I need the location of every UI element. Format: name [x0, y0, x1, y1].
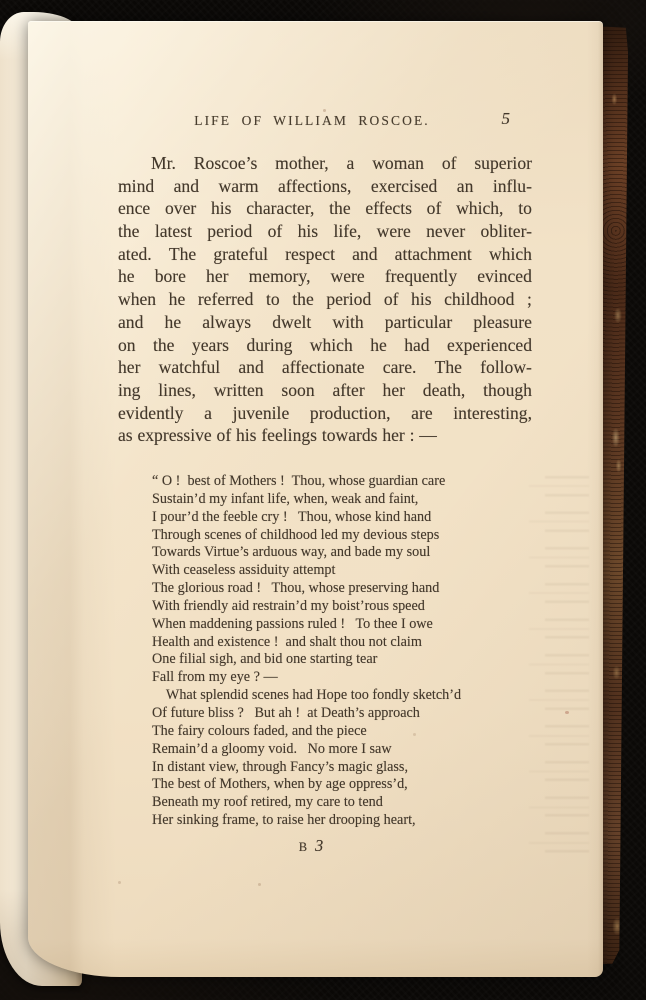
- signature-letter: B: [299, 840, 308, 854]
- edge-text-fragment: e: [0, 598, 9, 617]
- book-page: LIFE OF WILLIAM ROSCOE. 5 Mr.Roscoe’smot…: [28, 21, 603, 977]
- poem-line: With friendly aid restrain’d my boist’ro…: [152, 598, 461, 616]
- paragraph-line: evidentlyajuvenileproduction,areinterest…: [118, 402, 532, 425]
- ghost-showthrough: [525, 476, 589, 866]
- paragraph-line: ontheyearsduringwhichhehadexperienced: [118, 334, 532, 357]
- poem-line: Beneath my roof retired, my care to tend: [152, 794, 461, 812]
- paragraph-line: mindandwarmaffections,exercisedaninflu-: [118, 175, 532, 198]
- poem-line: I pour’d the feeble cry ! Thou, whose ki…: [152, 509, 461, 527]
- poem-line: Of future bliss ? But ah ! at Death’s ap…: [152, 705, 461, 723]
- paragraph-line: Mr.Roscoe’smother,awomanofsuperior: [118, 152, 532, 175]
- poem-line: When maddening passions ruled ! To thee …: [152, 616, 461, 634]
- dust-speck: [413, 733, 416, 736]
- paragraph-line: ated.Thegratefulrespectandattachmentwhic…: [118, 243, 532, 266]
- edge-text-fragment: a: [0, 671, 9, 690]
- dust-speck: [258, 883, 261, 886]
- edge-text-fragment: s: [0, 795, 9, 814]
- poem-line: In distant view, through Fancy’s magic g…: [152, 759, 461, 777]
- signature-number: 3: [315, 836, 323, 855]
- poem-block: “ O ! best of Mothers ! Thou, whose guar…: [152, 473, 461, 830]
- paragraph-line: thelatestperiodofhislife,wereneveroblite…: [118, 220, 532, 243]
- poem-line: “ O ! best of Mothers ! Thou, whose guar…: [152, 473, 461, 491]
- page-number: 5: [502, 109, 511, 129]
- poem-line: The best of Mothers, when by age oppress…: [152, 776, 461, 794]
- edge-text-fragments: elas-ges: [0, 596, 9, 846]
- paragraph-line: inglines,writtensoonafterherdeath,though: [118, 379, 532, 402]
- body-paragraph: Mr.Roscoe’smother,awomanofsuperior minda…: [118, 152, 532, 447]
- edge-text-fragment: g: [0, 757, 9, 776]
- poem-line: One filial sigh, and bid one starting te…: [152, 651, 461, 669]
- paragraph-line: andhealwaysdweltwithparticularpleasure: [118, 311, 532, 334]
- edge-text-fragment: -: [0, 712, 9, 731]
- page-header: LIFE OF WILLIAM ROSCOE. 5: [118, 113, 532, 135]
- poem-line: The fairy colours faded, and the piece: [152, 723, 461, 741]
- edge-text-fragment: l: [0, 651, 9, 670]
- poem-line: Remain’d a gloomy void. No more I saw: [152, 741, 461, 759]
- dust-speck: [565, 711, 569, 714]
- edge-text-fragment: e: [0, 776, 9, 795]
- paragraph-line: heborehermemory,werefrequentlyevinced: [118, 265, 532, 288]
- signature-mark: B3: [118, 836, 532, 856]
- paragraph-line: herwatchfulandaffectionatecare.Thefollow…: [118, 356, 532, 379]
- paragraph-line: asexpressiveofhisfeelingstowardsher:—: [118, 424, 532, 447]
- poem-line: The glorious road ! Thou, whose preservi…: [152, 580, 461, 598]
- photo-background: elas-ges LIFE OF WILLIAM ROSCOE. 5 Mr.Ro…: [0, 0, 646, 1000]
- dust-speck: [323, 109, 326, 112]
- poem-line: With ceaseless assiduity attempt: [152, 562, 461, 580]
- poem-line: Health and existence ! and shalt thou no…: [152, 634, 461, 652]
- edge-text-fragment: s: [0, 691, 9, 710]
- poem-line: What splendid scenes had Hope too fondly…: [152, 687, 461, 705]
- paragraph-line: whenhereferredtotheperiodofhischildhood;: [118, 288, 532, 311]
- poem-line: Her sinking frame, to raise her drooping…: [152, 812, 461, 830]
- running-title: LIFE OF WILLIAM ROSCOE.: [105, 113, 519, 129]
- poem-line: Sustain’d my infant life, when, weak and…: [152, 491, 461, 509]
- paragraph-line: enceoverhischaracter,theeffectsofwhich,t…: [118, 197, 532, 220]
- poem-line: Towards Virtue’s arduous way, and bade m…: [152, 544, 461, 562]
- poem-line: Through scenes of childhood led my devio…: [152, 527, 461, 545]
- dust-speck: [118, 881, 121, 884]
- poem-line: Fall from my eye ? —: [152, 669, 461, 687]
